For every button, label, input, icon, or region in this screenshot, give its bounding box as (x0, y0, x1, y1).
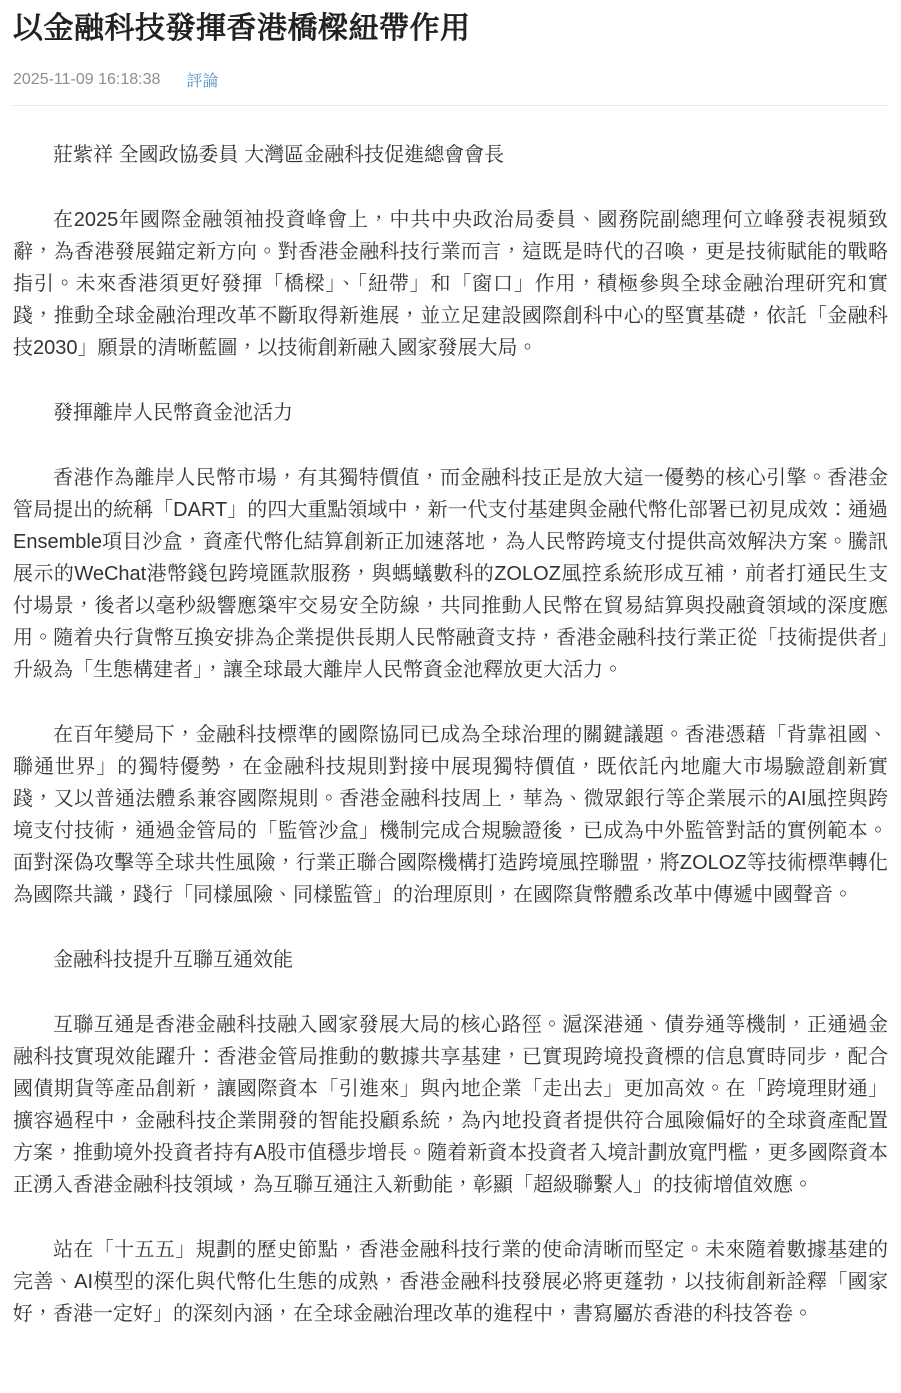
publish-timestamp: 2025-11-09 16:18:38 (13, 71, 160, 89)
paragraph: 站在「十五五」規劃的歷史節點，香港金融科技行業的使命清晰而堅定。未來隨着數據基建… (13, 1234, 888, 1330)
section-heading: 發揮離岸人民幣資金池活力 (13, 397, 888, 429)
article-body: 莊紫祥 全國政協委員 大灣區金融科技促進總會會長在2025年國際金融領袖投資峰會… (13, 139, 888, 1330)
paragraph: 香港作為離岸人民幣市場，有其獨特價值，而金融科技正是放大這一優勢的核心引擎。香港… (13, 462, 888, 686)
divider (13, 105, 888, 106)
page-title: 以金融科技發揮香港橋樑紐帶作用 (13, 10, 888, 48)
article-meta: 2025-11-09 16:18:38 評論 (13, 68, 888, 91)
paragraph: 莊紫祥 全國政協委員 大灣區金融科技促進總會會長 (13, 139, 888, 171)
paragraph: 互聯互通是香港金融科技融入國家發展大局的核心路徑。滬深港通、債券通等機制，正通過… (13, 1009, 888, 1201)
article-page: 以金融科技發揮香港橋樑紐帶作用 2025-11-09 16:18:38 評論 莊… (0, 0, 901, 1393)
section-heading: 金融科技提升互聯互通效能 (13, 944, 888, 976)
paragraph: 在百年變局下，金融科技標準的國際協同已成為全球治理的關鍵議題。香港憑藉「背靠祖國… (13, 719, 888, 911)
paragraph: 在2025年國際金融領袖投資峰會上，中共中央政治局委員、國務院副總理何立峰發表視… (13, 204, 888, 364)
comments-link[interactable]: 評論 (186, 68, 218, 91)
